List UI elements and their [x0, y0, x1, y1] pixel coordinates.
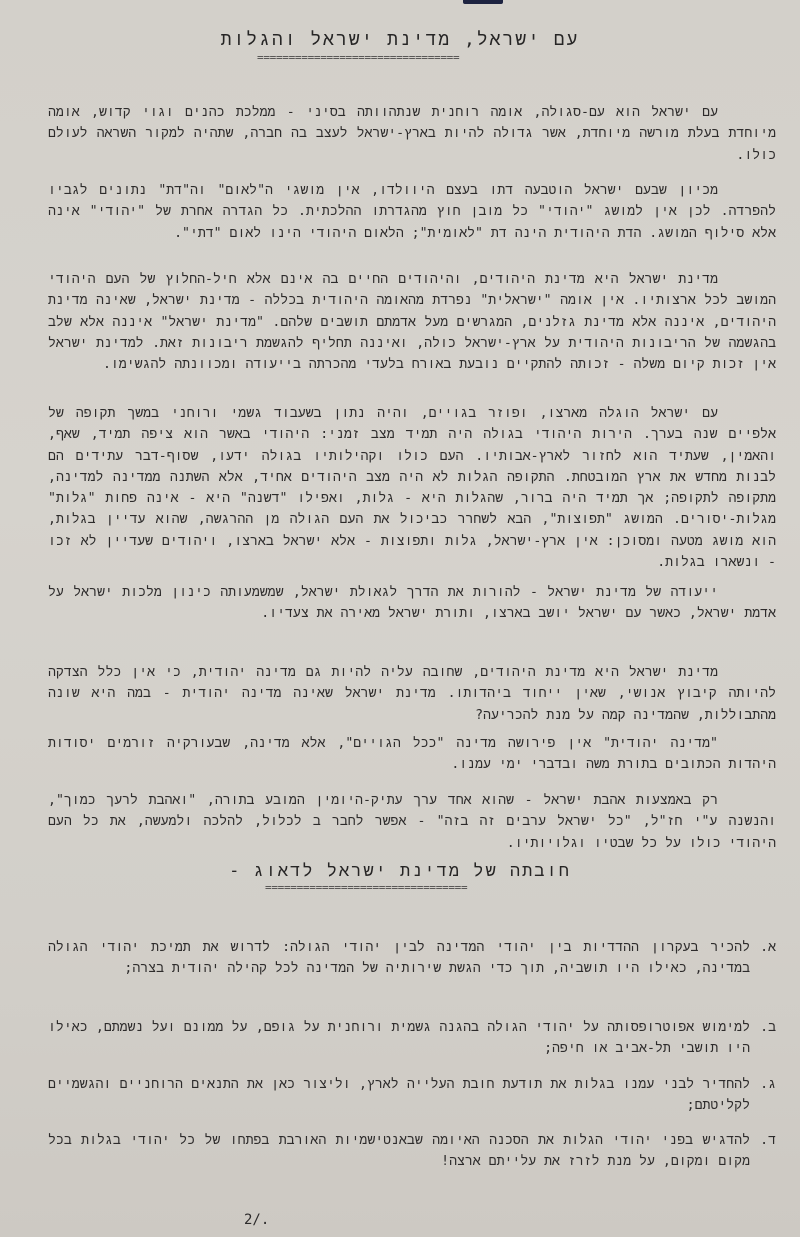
- paragraph-7: "מדינה יהודית" אין פירושה מדינה "ככל הגו…: [48, 733, 776, 776]
- paragraph-text: מדינת ישראל היא מדינת היהודים, שחובה עלי…: [48, 662, 776, 726]
- paragraph-1: עם ישראל הוא עם-סגולה, אומה רוחנית שנתהו…: [48, 102, 776, 166]
- list-marker: ב.: [760, 1017, 776, 1038]
- paragraph-text: עם ישראל הוא עם-סגולה, אומה רוחנית שנתהו…: [48, 102, 776, 166]
- paragraph-text: מכיון שבעם ישראל הוטבעה דתו בעצם היוולדו…: [48, 180, 776, 244]
- section-title: חובתה של מדינת ישראל לדאוג -: [0, 861, 800, 882]
- section-underline: ================================: [265, 881, 557, 894]
- paragraph-6: מדינת ישראל היא מדינת היהודים, שחובה עלי…: [48, 662, 776, 726]
- binder-clip: [463, 0, 503, 4]
- paragraph-5: ייעודה של מדינת ישראל - להורות את הדרך ל…: [48, 582, 776, 625]
- paragraph-3: מדינת ישראל היא מדינת היהודים, והיהודים …: [48, 269, 776, 375]
- paragraph-text: מדינת ישראל היא מדינת היהודים, והיהודים …: [48, 269, 776, 375]
- paragraph-text: עם ישראל הוגלה מארצו, ופוזר בגויים, והיה…: [48, 403, 776, 573]
- paragraph-text: "מדינה יהודית" אין פירושה מדינה "ככל הגו…: [48, 733, 776, 776]
- duty-list: א. להכיר בעקרון ההדדיות בין יהודי המדינה…: [48, 937, 776, 980]
- list-item-text: להדגיש בפני יהודי הגלות את הסכנה האיומה …: [48, 1133, 750, 1169]
- list-item: ד. להדגיש בפני יהודי הגלות את הסכנה האיו…: [48, 1130, 776, 1173]
- list-item-text: להכיר בעקרון ההדדיות בין יהודי המדינה לב…: [48, 940, 750, 976]
- paragraph-8: רק באמצעות אהבת ישראל - שהוא אחד ערך עתי…: [48, 790, 776, 854]
- document-title: עם ישראל, מדינת ישראל והגלות: [0, 29, 800, 51]
- list-marker: א.: [760, 937, 776, 958]
- list-item-text: להחדיר לבני עמנו בגלות את תודעת חובת העל…: [48, 1077, 750, 1113]
- list-item: א. להכיר בעקרון ההדדיות בין יהודי המדינה…: [48, 937, 776, 980]
- paragraph-text: ייעודה של מדינת ישראל - להורות את הדרך ל…: [48, 582, 776, 625]
- duty-list: ב. למימוש אפוטרופסותה על יהודי הגולה בהג…: [48, 1017, 776, 1060]
- list-marker: ד.: [760, 1130, 776, 1151]
- duty-list: ג. להחדיר לבני עמנו בגלות את תודעת חובת …: [48, 1074, 776, 1117]
- paragraph-4: עם ישראל הוגלה מארצו, ופוזר בגויים, והיה…: [48, 403, 776, 573]
- duty-list: ד. להדגיש בפני יהודי הגלות את הסכנה האיו…: [48, 1130, 776, 1173]
- document-page: עם ישראל, מדינת ישראל והגלות ===========…: [0, 0, 800, 1237]
- list-marker: ג.: [760, 1074, 776, 1095]
- list-item-text: למימוש אפוטרופסותה על יהודי הגולה בהגנה …: [48, 1020, 750, 1056]
- list-item: ג. להחדיר לבני עמנו בגלות את תודעת חובת …: [48, 1074, 776, 1117]
- title-underline: ================================: [257, 51, 557, 64]
- page-number: 2/.: [244, 1212, 269, 1228]
- paragraph-2: מכיון שבעם ישראל הוטבעה דתו בעצם היוולדו…: [48, 180, 776, 244]
- list-item: ב. למימוש אפוטרופסותה על יהודי הגולה בהג…: [48, 1017, 776, 1060]
- paragraph-text: רק באמצעות אהבת ישראל - שהוא אחד ערך עתי…: [48, 790, 776, 854]
